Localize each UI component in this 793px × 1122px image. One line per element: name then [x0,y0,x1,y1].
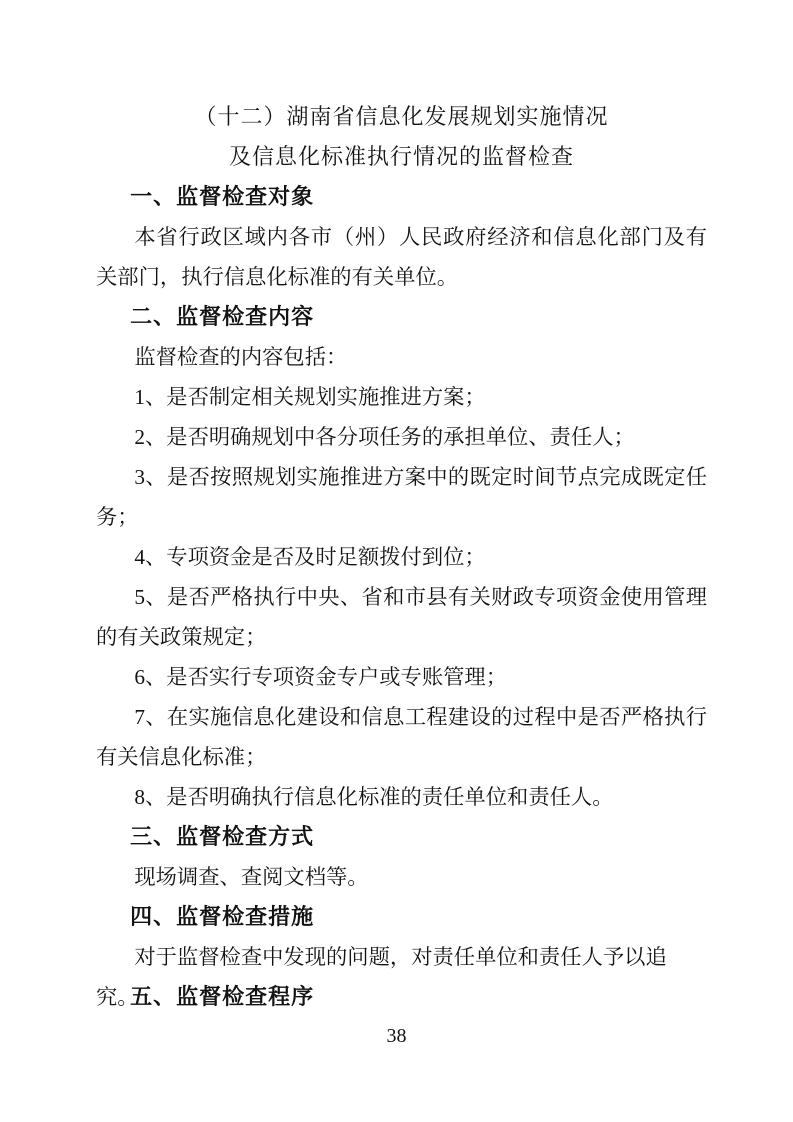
paragraph-line-13: 5、是否严格执行中央、省和市县有关财政专项资金使用管理 [96,577,707,617]
page-number: 38 [0,1022,793,1050]
paragraph-line-10: 3、是否按照规划实施推进方案中的既定时间节点完成既定任 [96,457,707,497]
section-heading-21: 四、监督检查措施 [96,897,707,937]
section-heading-3: 一、监督检查对象 [96,177,707,217]
paragraph-line-4: 本省行政区域内各市（州）人民政府经济和信息化部门及有 [96,217,707,257]
paragraph-line-12: 4、专项资金是否及时足额拨付到位； [96,537,707,577]
title-line-2: 及信息化标准执行情况的监督检查 [96,137,707,177]
paragraph-line-9: 2、是否明确规划中各分项任务的承担单位、责任人； [96,417,707,457]
document-body: （十二）湖南省信息化发展规划实施情况及信息化标准执行情况的监督检查一、监督检查对… [96,97,707,1017]
title-line-1: （十二）湖南省信息化发展规划实施情况 [96,97,707,137]
section-heading-6: 二、监督检查内容 [96,297,707,337]
document-page: （十二）湖南省信息化发展规划实施情况及信息化标准执行情况的监督检查一、监督检查对… [0,0,793,1122]
paragraph-line-15: 6、是否实行专项资金专户或专账管理； [96,657,707,697]
paragraph-line-11: 务； [96,497,707,537]
section-heading-23: 五、监督检查程序 [96,977,707,1017]
paragraph-line-16: 7、在实施信息化建设和信息工程建设的过程中是否严格执行 [96,697,707,737]
paragraph-line-7: 监督检查的内容包括： [96,337,707,377]
paragraph-line-20: 现场调查、查阅文档等。 [96,857,707,897]
paragraph-line-18: 8、是否明确执行信息化标准的责任单位和责任人。 [96,777,707,817]
paragraph-line-22: 对于监督检查中发现的问题，对责任单位和责任人予以追究。 [96,937,707,977]
paragraph-line-17: 有关信息化标准； [96,737,707,777]
paragraph-line-5: 关部门，执行信息化标准的有关单位。 [96,257,707,297]
paragraph-line-14: 的有关政策规定； [96,617,707,657]
paragraph-line-8: 1、是否制定相关规划实施推进方案； [96,377,707,417]
section-heading-19: 三、监督检查方式 [96,817,707,857]
